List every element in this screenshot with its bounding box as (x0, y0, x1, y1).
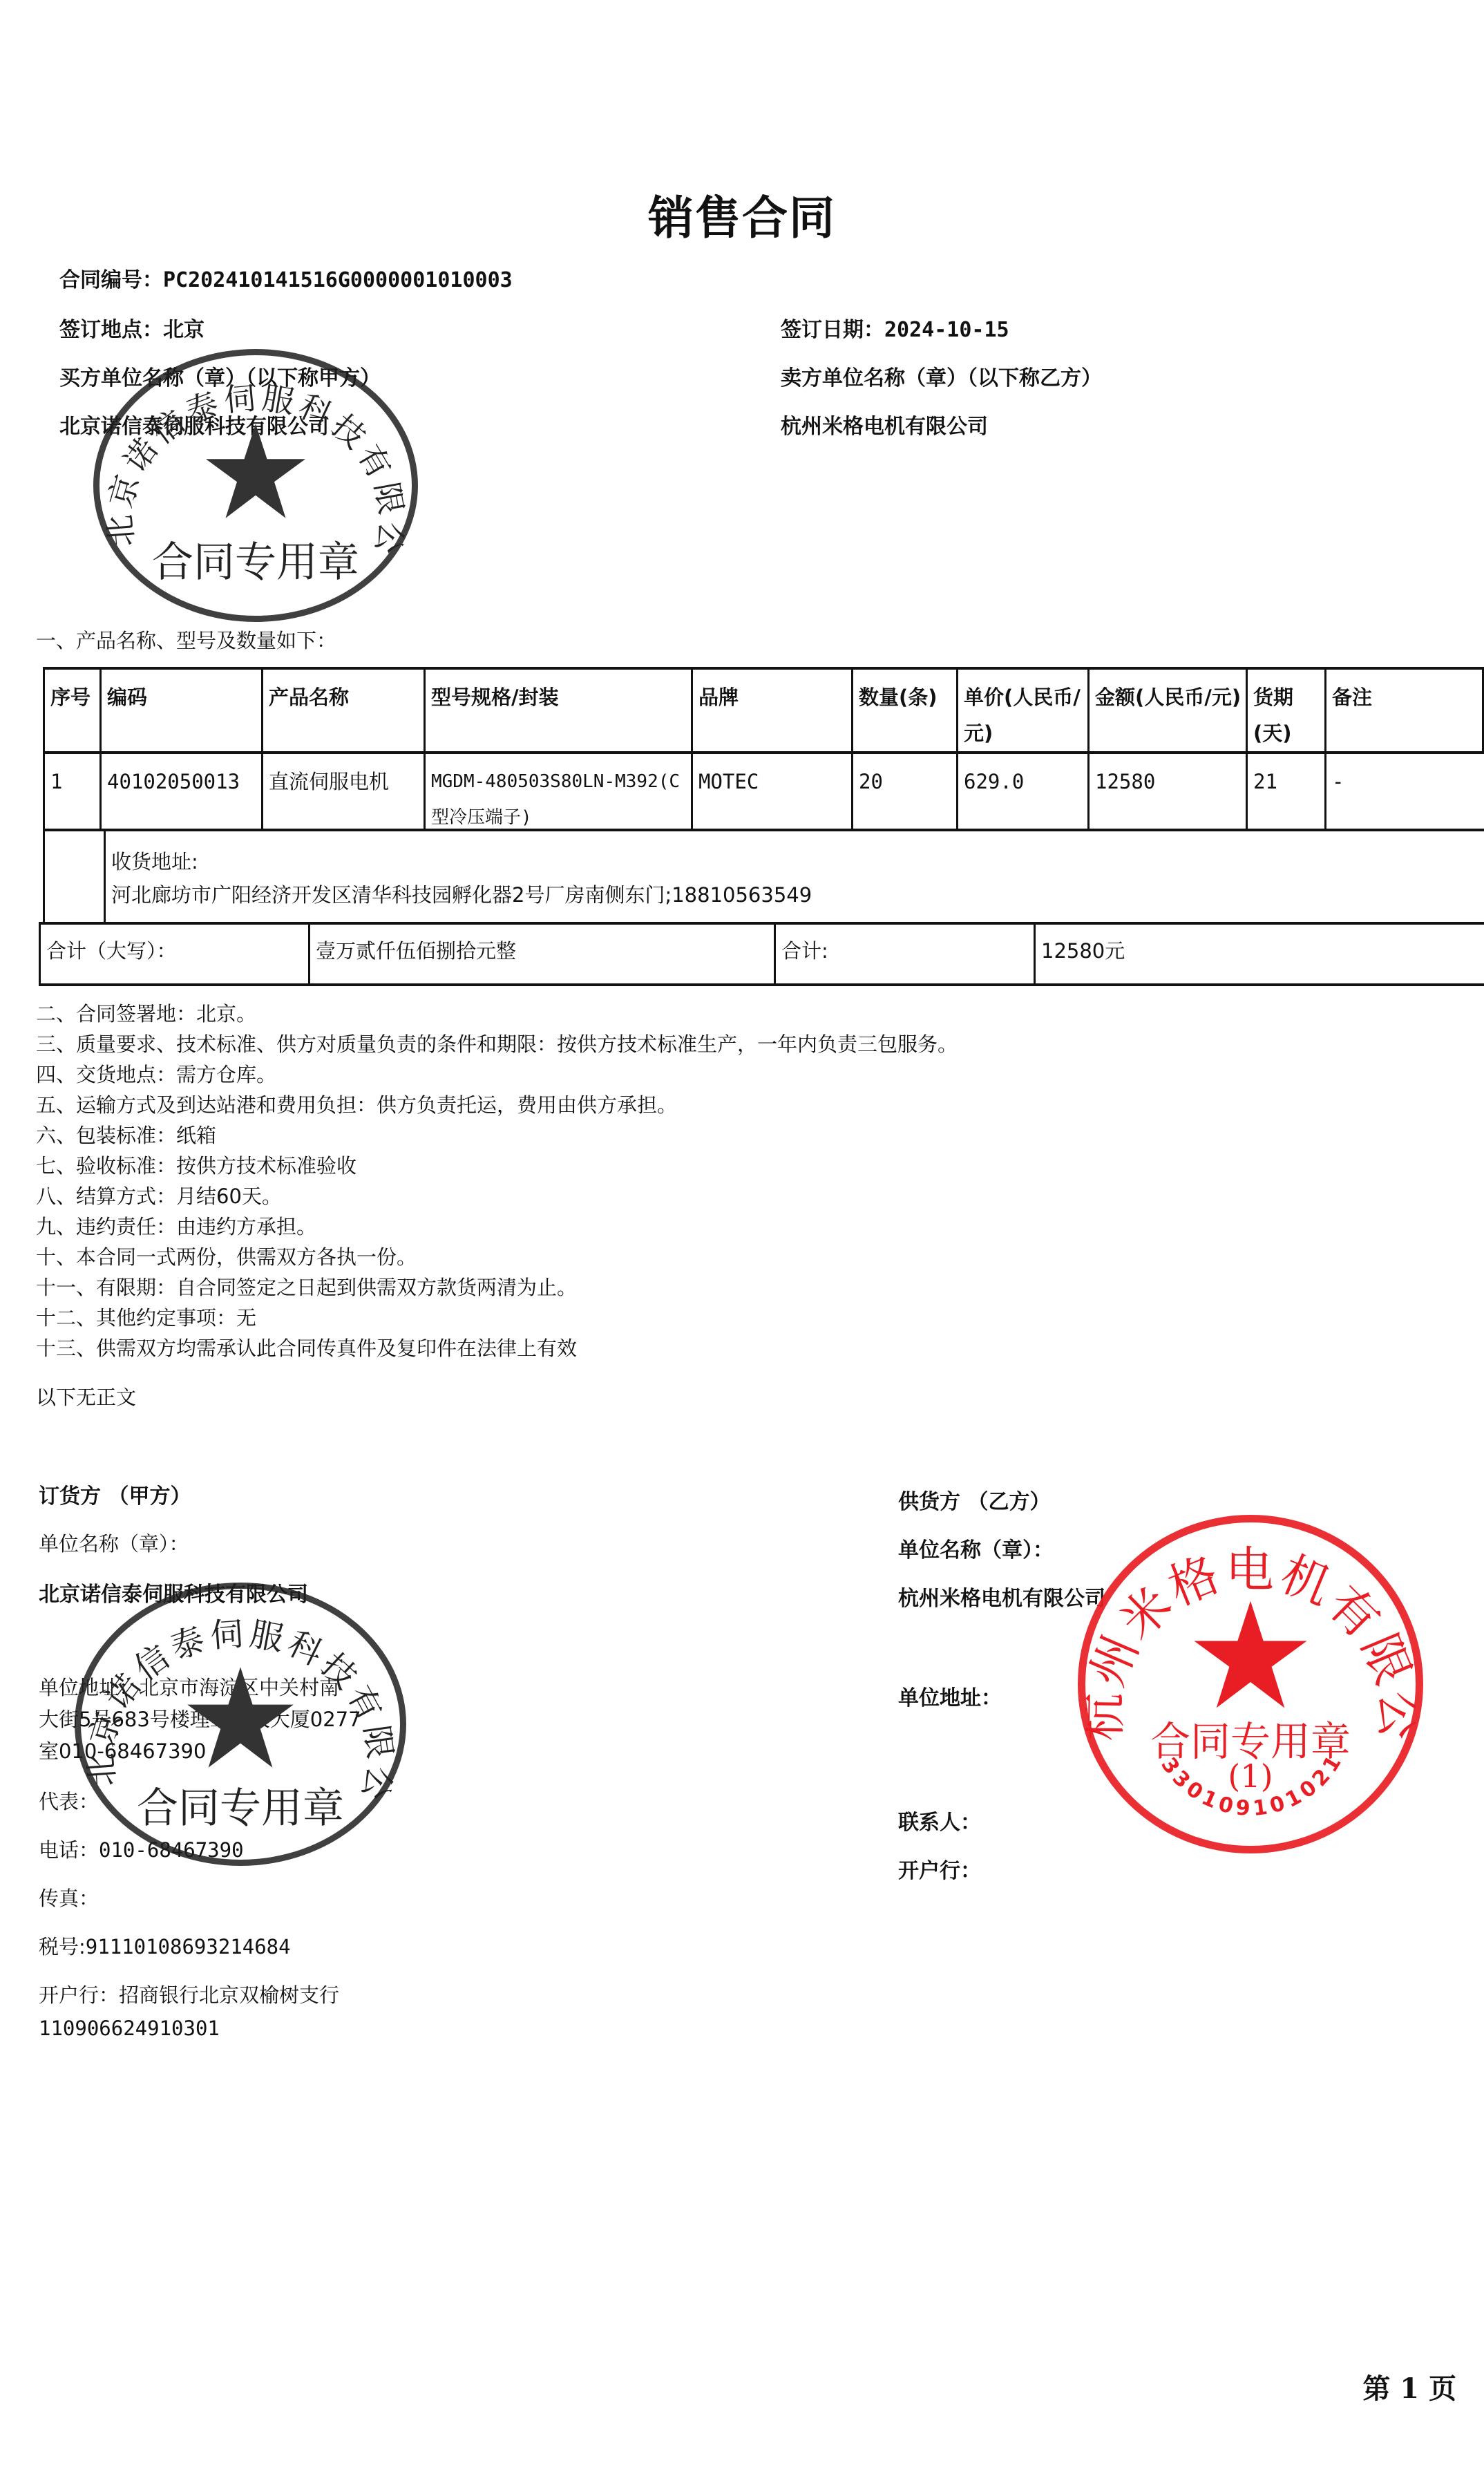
clause-3: 三、质量要求、技术标准、供方对质量负责的条件和期限：按供方技术标准生产，一年内负… (36, 1029, 958, 1057)
buyer-bank-value: 招商银行北京双榆树支行 (119, 1983, 339, 2007)
buyer-tax: 税号:91110108693214684 (39, 1932, 291, 1960)
col-header: 单价(人民币/元) (956, 670, 1087, 754)
cell-code: 40102050013 (99, 754, 261, 831)
cell-brand: MOTEC (691, 754, 851, 831)
col-header: 编码 (99, 670, 261, 754)
clause-10: 十、本合同一式两份，供需双方各执一份。 (36, 1242, 417, 1270)
seller-seal: 杭州米格电机有限公司 3301091010216 合同专用章 (1) (1078, 1515, 1423, 1853)
delivery-address-value: 河北廊坊市广阳经济开发区清华科技园孵化器2号厂房南侧东门;18810563549 (111, 878, 1480, 912)
page-number: 第 1 页 (1362, 2367, 1456, 2406)
cell-model: MGDM-480503S80LN-M392(C型冷压端子) (424, 754, 691, 831)
clause-5: 五、运输方式及到达站港和费用负担：供方负责托运，费用由供方承担。 (36, 1090, 677, 1118)
seal-center-text: 合同专用章 (81, 1775, 400, 1835)
sign-place-value: 北京 (163, 318, 204, 342)
cell-amount: 12580 (1087, 754, 1246, 831)
seller-unit-name: 杭州米格电机有限公司 (898, 1581, 1105, 1612)
total-row: 合计（大写）： 壹万贰仟伍佰捌拾元整 合计: 12580元 (39, 922, 1484, 986)
document-title: 销售合同 (0, 181, 1484, 247)
sign-date-label: 签订日期： (781, 318, 884, 342)
seal-center-text: 合同专用章 (99, 529, 412, 589)
buyer-seal-bottom: 北京诺信泰伺服科技有限公司 合同专用章 (75, 1583, 406, 1866)
contract-number: 合同编号：PC202410141516G0000001010003 (59, 263, 513, 293)
cell-quantity: 20 (851, 754, 956, 831)
buyer-block-heading: 订货方 （甲方） (39, 1479, 191, 1509)
table-row: 1 40102050013 直流伺服电机 MGDM-480503S80LN-M3… (43, 751, 1484, 831)
buyer-seal-top: 北京诺信泰伺服科技有限公司 合同专用章 (93, 349, 418, 622)
col-header: 型号规格/封装 (424, 670, 691, 754)
col-header: 备注 (1324, 670, 1484, 754)
col-header: 产品名称 (261, 670, 424, 754)
star-icon (204, 421, 307, 521)
clause-12: 十二、其他约定事项：无 (36, 1303, 256, 1331)
delivery-address-cell: 收货地址: 河北廊坊市广阳经济开发区清华科技园孵化器2号厂房南侧东门;18810… (104, 831, 1484, 925)
clause-2: 二、合同签署地：北京。 (36, 999, 256, 1027)
cell-index: 1 (43, 754, 99, 831)
table-header-row: 序号 编码 产品名称 型号规格/封装 品牌 数量(条) 单价(人民币/元) 金额… (43, 667, 1484, 754)
seller-label: 卖方单位名称（章）（以下称乙方） (781, 361, 1102, 391)
sign-date: 签订日期：2024-10-15 (781, 312, 1009, 343)
sign-date-value: 2024-10-15 (884, 318, 1009, 342)
total-upper-value: 壹万贰仟伍佰捌拾元整 (308, 925, 774, 983)
buyer-unit-name-label: 单位名称（章）： (39, 1529, 189, 1557)
seller-name: 杭州米格电机有限公司 (781, 409, 988, 440)
seller-unit-name-label: 单位名称（章）： (898, 1533, 1054, 1563)
buyer-fax-label: 传真： (39, 1883, 99, 1912)
clause-4: 四、交货地点：需方仓库。 (36, 1059, 276, 1088)
clause-11: 十一、有限期：自合同签定之日起到供需双方款货两清为止。 (36, 1272, 577, 1301)
delivery-address-row: 收货地址: 河北廊坊市广阳经济开发区清华科技园孵化器2号厂房南侧东门;18810… (43, 829, 1484, 925)
contract-number-label: 合同编号： (59, 268, 163, 292)
clause-13: 十三、供需双方均需承认此合同传真件及复印件在法律上有效 (36, 1333, 577, 1361)
seller-address-label: 单位地址： (898, 1681, 1002, 1711)
delivery-address-label: 收货地址: (111, 845, 1480, 878)
sign-place: 签订地点：北京 (59, 312, 204, 343)
total-label: 合计: (774, 925, 1034, 983)
col-header: 序号 (43, 670, 99, 754)
seller-contact-label: 联系人： (898, 1805, 981, 1835)
col-header: 品牌 (691, 670, 851, 754)
sign-place-label: 签订地点： (59, 318, 163, 342)
end-note: 以下无正文 (36, 1382, 136, 1410)
star-icon (1192, 1598, 1309, 1710)
total-value: 12580元 (1034, 925, 1484, 983)
cell-unit-price: 629.0 (956, 754, 1087, 831)
address-spacer (43, 831, 104, 925)
cell-remark: - (1324, 754, 1484, 831)
buyer-account: 110906624910301 (39, 2017, 220, 2040)
clause-6: 六、包装标准：纸箱 (36, 1120, 216, 1149)
buyer-tax-label: 税号: (39, 1935, 86, 1958)
col-header: 金额(人民币/元) (1087, 670, 1246, 754)
col-header: 数量(条) (851, 670, 956, 754)
buyer-tax-value: 91110108693214684 (86, 1935, 291, 1958)
section1-label: 一、产品名称、型号及数量如下： (36, 625, 336, 654)
clause-9: 九、违约责任：由违约方承担。 (36, 1211, 316, 1240)
contract-number-value: PC202410141516G0000001010003 (163, 268, 513, 292)
clause-7: 七、验收标准：按供方技术标准验收 (36, 1151, 356, 1179)
cell-product-name: 直流伺服电机 (261, 754, 424, 831)
seller-bank-label: 开户行： (898, 1853, 981, 1884)
buyer-bank: 开户行：招商银行北京双榆树支行 (39, 1980, 339, 2008)
cell-lead-time: 21 (1246, 754, 1324, 831)
star-icon (185, 1665, 296, 1770)
seller-block-heading: 供货方 （乙方） (898, 1484, 1050, 1515)
col-header: 货期(天) (1246, 670, 1324, 754)
seal-sub-text: (1) (1085, 1757, 1416, 1795)
total-upper-label: 合计（大写）： (39, 925, 308, 983)
buyer-bank-label: 开户行： (39, 1983, 119, 2007)
clause-8: 八、结算方式：月结60天。 (36, 1181, 282, 1209)
